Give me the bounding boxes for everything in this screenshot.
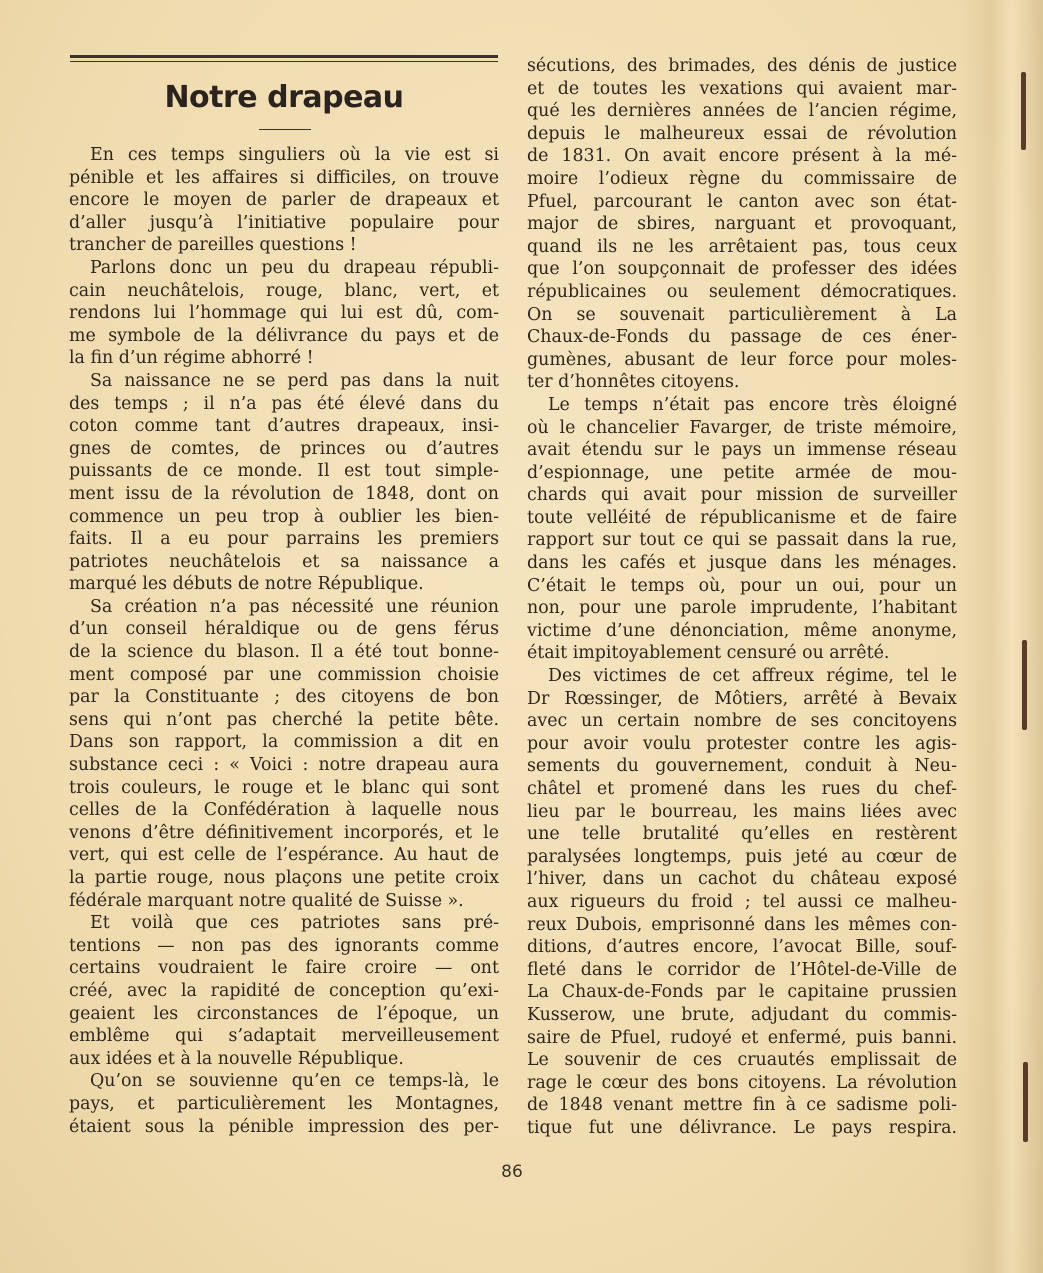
- text-line: châtel et promené dans les rues du chef-: [527, 778, 957, 801]
- text-line: avait étendu sur le pays un immense rése…: [527, 439, 957, 462]
- text-line: saire de Pfuel, rudoyé et enfermé, puis …: [527, 1027, 957, 1050]
- text-line: Pfuel, parcourant le canton avec son éta…: [527, 191, 957, 214]
- text-line: major de sbires, narguant et provoquant,: [527, 213, 957, 236]
- text-line: Le temps n’était pas encore très éloigné: [527, 394, 957, 417]
- text-line: ditions, d’autres encore, l’avocat Bille…: [527, 936, 957, 959]
- text-line: victime d’une dénonciation, même anonyme…: [527, 620, 957, 643]
- text-line: gumènes, abusant de leur force pour mole…: [527, 349, 957, 372]
- page-number: 86: [497, 1162, 527, 1182]
- text-line: d’espionnage, une petite armée de mou-: [527, 462, 957, 485]
- binding-thread-mark: [1021, 72, 1026, 150]
- text-line: ment issu de la révolution de 1848, dont…: [69, 483, 499, 506]
- left-text-column: En ces temps singuliers où la vie est si…: [69, 144, 499, 1138]
- text-line: créé, avec la rapidité de conception qu’…: [69, 980, 499, 1003]
- text-line: de 1848 venant mettre fin à ce sadisme p…: [527, 1094, 957, 1117]
- text-line: était impitoyablement censuré ou arrêté.: [527, 642, 957, 665]
- text-line: vert, qui est celle de l’espérance. Au h…: [69, 844, 499, 867]
- text-line: ment composé par une commission choisie: [69, 664, 499, 687]
- text-line: Parlons donc un peu du drapeau républi-: [69, 257, 499, 280]
- text-line: pénible et les affaires si difficiles, o…: [69, 167, 499, 190]
- text-line: Dans son rapport, la commission a dit en: [69, 731, 499, 754]
- text-line: la partie rouge, nous plaçons une petite…: [69, 867, 499, 890]
- text-line: républicaines ou seulement démocratiques…: [527, 281, 957, 304]
- text-line: de la science du blason. Il a été tout b…: [69, 641, 499, 664]
- text-line: tentions — non pas des ignorants comme: [69, 935, 499, 958]
- text-line: faits. Il a eu pour parrains les premier…: [69, 528, 499, 551]
- text-line: venons d’être définitivement incorporés,…: [69, 822, 499, 845]
- text-line: non, pour une parole imprudente, l’habit…: [527, 597, 957, 620]
- title-underline-rule: [259, 129, 311, 130]
- text-line: des temps ; il n’a pas été élevé dans du: [69, 393, 499, 416]
- text-line: rage le cœur des bons citoyens. La révol…: [527, 1072, 957, 1095]
- text-line: substance ceci : « Voici : notre drapeau…: [69, 754, 499, 777]
- text-line: certains voudraient le faire croire — on…: [69, 957, 499, 980]
- text-line: sements du gouvernement, conduit à Neu-: [527, 755, 957, 778]
- text-line: reux Dubois, emprisonné dans les mêmes c…: [527, 914, 957, 937]
- text-line: trancher de pareilles questions !: [69, 234, 499, 257]
- article-title: Notre drapeau: [70, 80, 498, 115]
- text-line: avec un certain nombre de ses concitoyen…: [527, 710, 957, 733]
- text-line: puissants de ce monde. Il est tout simpl…: [69, 460, 499, 483]
- text-line: dans les cafés et jusque dans les ménage…: [527, 552, 957, 575]
- text-line: Chaux-de-Fonds du passage de ces éner-: [527, 326, 957, 349]
- text-line: depuis le malheureux essai de révolution: [527, 123, 957, 146]
- text-line: aux rigueurs du froid ; tel aussi ce mal…: [527, 891, 957, 914]
- text-line: geaient les circonstances de l’époque, u…: [69, 1003, 499, 1026]
- text-line: que l’on soupçonnait de professer des id…: [527, 258, 957, 281]
- text-line: encore le moyen de parler de drapeaux et: [69, 189, 499, 212]
- text-line: C’était le temps où, pour un oui, pour u…: [527, 575, 957, 598]
- text-line: gnes de comtes, de princes ou d’autres: [69, 438, 499, 461]
- text-line: La Chaux-de-Fonds par le capitaine pruss…: [527, 981, 957, 1004]
- text-line: rendons lui l’hommage qui lui est dû, co…: [69, 302, 499, 325]
- text-line: par la Constituante ; des citoyens de bo…: [69, 686, 499, 709]
- text-line: sens qui n’ont pas cherché la petite bêt…: [69, 709, 499, 732]
- text-line: En ces temps singuliers où la vie est si: [69, 144, 499, 167]
- text-line: sécutions, des brimades, des dénis de ju…: [527, 55, 957, 78]
- text-line: patriotes neuchâtelois et sa naissance a: [69, 551, 499, 574]
- text-line: une telle brutalité qu’elles en restèren…: [527, 823, 957, 846]
- text-line: moire l’odieux règne du commissaire de: [527, 168, 957, 191]
- text-line: où le chancelier Favarger, de triste mém…: [527, 417, 957, 440]
- text-line: quand ils ne les arrêtaient pas, tous ce…: [527, 236, 957, 259]
- text-line: rapport sur tout ce qui se passait dans …: [527, 529, 957, 552]
- text-line: la fin d’un régime abhorré !: [69, 347, 499, 370]
- text-line: lieu par le bourreau, les mains liées av…: [527, 801, 957, 824]
- text-line: aux idées et à la nouvelle République.: [69, 1048, 499, 1071]
- text-line: Sa naissance ne se perd pas dans la nuit: [69, 370, 499, 393]
- scanned-page: Notre drapeau En ces temps singuliers où…: [0, 0, 1043, 1273]
- text-line: Qu’on se souvienne qu’en ce temps-là, le: [69, 1070, 499, 1093]
- text-line: cain neuchâtelois, rouge, blanc, vert, e…: [69, 280, 499, 303]
- text-line: celles de la Confédération à laquelle no…: [69, 799, 499, 822]
- text-line: qué les dernières années de l’ancien rég…: [527, 100, 957, 123]
- text-line: coton comme tant d’autres drapeaux, insi…: [69, 415, 499, 438]
- text-line: pays, et particulièrement les Montagnes,: [69, 1093, 499, 1116]
- text-line: Sa création n’a pas nécessité une réunio…: [69, 596, 499, 619]
- text-line: ter d’honnêtes citoyens.: [527, 371, 957, 394]
- binding-thread-mark: [1023, 1062, 1028, 1142]
- text-line: tique fut une délivrance. Le pays respir…: [527, 1117, 957, 1140]
- text-line: marqué les débuts de notre République.: [69, 573, 499, 596]
- text-line: d’un conseil héraldique ou de gens férus: [69, 618, 499, 641]
- text-line: pour avoir voulu protester contre les ag…: [527, 733, 957, 756]
- text-line: chards qui avait pour mission de surveil…: [527, 484, 957, 507]
- text-line: Des victimes de cet affreux régime, tel …: [527, 665, 957, 688]
- text-line: l’hiver, dans un cachot du château expos…: [527, 868, 957, 891]
- text-line: fleté dans le corridor de l’Hôtel-de-Vil…: [527, 959, 957, 982]
- text-line: toute velléité de républicanisme et de f…: [527, 507, 957, 530]
- text-line: d’aller jusqu’à l’initiative populaire p…: [69, 212, 499, 235]
- text-line: On se souvenait particulièrement à La: [527, 304, 957, 327]
- text-line: Dr Rœssinger, de Môtiers, arrêté à Bevai…: [527, 688, 957, 711]
- text-line: Kusserow, une brute, adjudant du commis-: [527, 1004, 957, 1027]
- header-double-rule: [70, 55, 498, 62]
- text-line: et de toutes les vexations qui avaient m…: [527, 78, 957, 101]
- right-text-column: sécutions, des brimades, des dénis de ju…: [527, 55, 957, 1140]
- text-line: fédérale marquant notre qualité de Suiss…: [69, 890, 499, 913]
- text-line: étaient sous la pénible impression des p…: [69, 1116, 499, 1139]
- text-line: trois couleurs, le rouge et le blanc qui…: [69, 777, 499, 800]
- text-line: de 1831. On avait encore présent à la mé…: [527, 145, 957, 168]
- text-line: emblême qui s’adaptait merveilleusement: [69, 1025, 499, 1048]
- binding-thread-mark: [1022, 640, 1027, 730]
- text-line: commence un peu trop à oublier les bien-: [69, 506, 499, 529]
- text-line: me symbole de la délivrance du pays et d…: [69, 325, 499, 348]
- text-line: Et voilà que ces patriotes sans pré-: [69, 912, 499, 935]
- text-line: paralysées longtemps, puis jeté au cœur …: [527, 846, 957, 869]
- text-line: Le souvenir de ces cruautés emplissait d…: [527, 1049, 957, 1072]
